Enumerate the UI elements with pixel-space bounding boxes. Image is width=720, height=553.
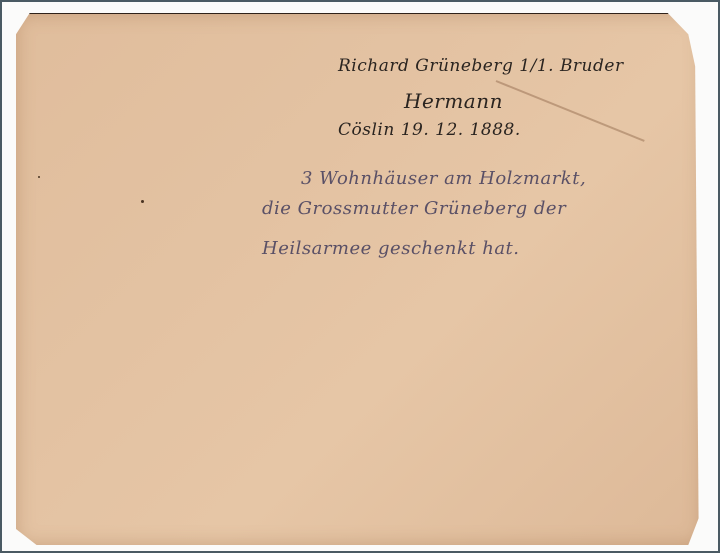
ink-inscription-date: Cöslin 19. 12. 1888.: [338, 120, 521, 140]
pencil-note-line-3: Heilsarmee geschenkt hat.: [262, 238, 520, 259]
vintage-card-back: Richard Grüneberg 1/1. Bruder Hermann Cö…: [16, 13, 702, 545]
ink-inscription-hermann: Hermann: [404, 89, 503, 113]
photo-frame: Richard Grüneberg 1/1. Bruder Hermann Cö…: [2, 2, 718, 551]
speck: [38, 176, 40, 178]
pencil-note-line-1: 3 Wohnhäuser am Holzmarkt,: [301, 168, 586, 189]
ink-inscription-name: Richard Grüneberg 1/1. Bruder: [338, 56, 624, 76]
speck: [141, 200, 144, 203]
pencil-note-line-2: die Grossmutter Grüneberg der: [262, 198, 566, 219]
